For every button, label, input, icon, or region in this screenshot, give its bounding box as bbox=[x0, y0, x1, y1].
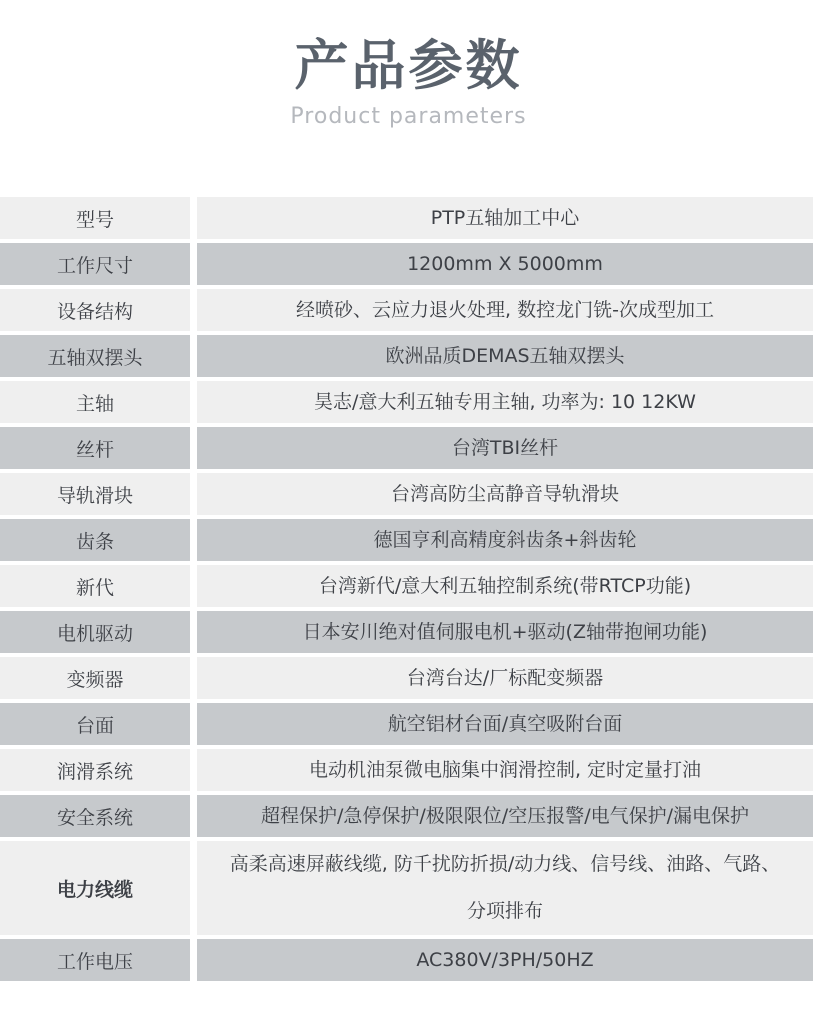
row-value: 欧洲品质DEMAS五轴双摆头 bbox=[197, 335, 813, 377]
row-label: 新代 bbox=[0, 565, 190, 607]
row-label: 安全系统 bbox=[0, 795, 190, 837]
table-row: 电力线缆 高柔高速屏蔽线缆, 防千扰防折损/动力线、信号线、油路、气路、 分项排… bbox=[0, 841, 817, 935]
page-subtitle: Product parameters bbox=[0, 104, 817, 130]
row-value: 昊志/意大利五轴专用主轴, 功率为: 10 12KW bbox=[197, 381, 813, 423]
row-label: 润滑系统 bbox=[0, 749, 190, 791]
row-value: 经喷砂、云应力退火处理, 数控龙门铣-次成型加工 bbox=[197, 289, 813, 331]
row-label: 变频器 bbox=[0, 657, 190, 699]
row-value: AC380V/3PH/50HZ bbox=[197, 939, 813, 981]
row-value: 日本安川绝对值伺服电机+驱动(Z轴带抱闸功能) bbox=[197, 611, 813, 653]
row-label: 工作尺寸 bbox=[0, 243, 190, 285]
row-label: 主轴 bbox=[0, 381, 190, 423]
table-row: 润滑系统 电动机油泵微电脑集中润滑控制, 定时定量打油 bbox=[0, 749, 817, 791]
table-row: 电机驱动 日本安川绝对值伺服电机+驱动(Z轴带抱闸功能) bbox=[0, 611, 817, 653]
row-value: 台湾TBI丝杆 bbox=[197, 427, 813, 469]
row-value: 台湾台达/厂标配变频器 bbox=[197, 657, 813, 699]
table-row: 丝杆 台湾TBI丝杆 bbox=[0, 427, 817, 469]
table-row: 导轨滑块 台湾高防尘高静音导轨滑块 bbox=[0, 473, 817, 515]
row-value: 航空铝材台面/真空吸附台面 bbox=[197, 703, 813, 745]
row-value: 1200mm X 5000mm bbox=[197, 243, 813, 285]
row-label: 丝杆 bbox=[0, 427, 190, 469]
row-label: 五轴双摆头 bbox=[0, 335, 190, 377]
row-value: PTP五轴加工中心 bbox=[197, 197, 813, 239]
table-row: 五轴双摆头 欧洲品质DEMAS五轴双摆头 bbox=[0, 335, 817, 377]
parameters-table: 型号 PTP五轴加工中心 工作尺寸 1200mm X 5000mm 设备结构 经… bbox=[0, 197, 817, 981]
row-label: 台面 bbox=[0, 703, 190, 745]
table-row: 变频器 台湾台达/厂标配变频器 bbox=[0, 657, 817, 699]
table-row: 齿条 德国亨利高精度斜齿条+斜齿轮 bbox=[0, 519, 817, 561]
row-label: 导轨滑块 bbox=[0, 473, 190, 515]
row-value: 电动机油泵微电脑集中润滑控制, 定时定量打油 bbox=[197, 749, 813, 791]
table-row: 工作电压 AC380V/3PH/50HZ bbox=[0, 939, 817, 981]
row-label: 设备结构 bbox=[0, 289, 190, 331]
page-title: 产品参数 bbox=[0, 30, 817, 102]
row-value: 台湾高防尘高静音导轨滑块 bbox=[197, 473, 813, 515]
row-value: 台湾新代/意大利五轴控制系统(带RTCP功能) bbox=[197, 565, 813, 607]
row-value: 超程保护/急停保护/极限限位/空压报警/电气保护/漏电保护 bbox=[197, 795, 813, 837]
table-row: 新代 台湾新代/意大利五轴控制系统(带RTCP功能) bbox=[0, 565, 817, 607]
table-row: 安全系统 超程保护/急停保护/极限限位/空压报警/电气保护/漏电保护 bbox=[0, 795, 817, 837]
table-row: 工作尺寸 1200mm X 5000mm bbox=[0, 243, 817, 285]
page-header: 产品参数 Product parameters bbox=[0, 0, 817, 130]
table-row: 主轴 昊志/意大利五轴专用主轴, 功率为: 10 12KW bbox=[0, 381, 817, 423]
row-label: 工作电压 bbox=[0, 939, 190, 981]
product-parameters-page: 产品参数 Product parameters 型号 PTP五轴加工中心 工作尺… bbox=[0, 0, 817, 1024]
row-label: 电力线缆 bbox=[0, 841, 190, 935]
row-label: 齿条 bbox=[0, 519, 190, 561]
row-value: 高柔高速屏蔽线缆, 防千扰防折损/动力线、信号线、油路、气路、 分项排布 bbox=[197, 841, 813, 935]
table-row: 设备结构 经喷砂、云应力退火处理, 数控龙门铣-次成型加工 bbox=[0, 289, 817, 331]
row-label: 型号 bbox=[0, 197, 190, 239]
row-label: 电机驱动 bbox=[0, 611, 190, 653]
table-row: 型号 PTP五轴加工中心 bbox=[0, 197, 817, 239]
row-value: 德国亨利高精度斜齿条+斜齿轮 bbox=[197, 519, 813, 561]
table-row: 台面 航空铝材台面/真空吸附台面 bbox=[0, 703, 817, 745]
